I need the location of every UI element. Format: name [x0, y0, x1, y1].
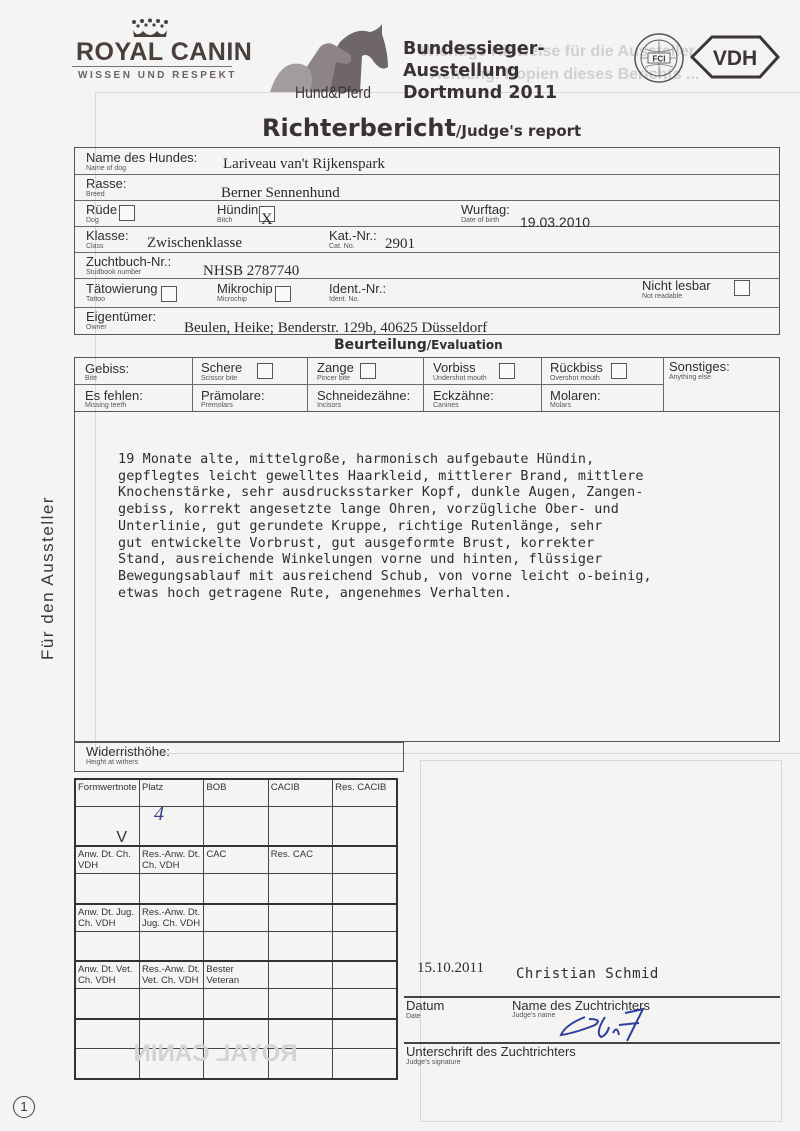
breed-label: Rasse: [86, 177, 126, 191]
other-label-en: Anything else [669, 374, 711, 381]
height-label-en: Height at withers [86, 759, 138, 766]
evaluation-title: Beurteilung/Evaluation [334, 337, 503, 353]
results-row: V4 [75, 806, 397, 846]
results-cell[interactable] [139, 989, 203, 1019]
results-row [75, 931, 397, 961]
results-cell: BOB [204, 779, 268, 806]
ident-no-label: Ident.-Nr.: [329, 282, 386, 296]
sponsor-divider [72, 66, 232, 67]
results-cell[interactable] [204, 806, 268, 846]
results-cell[interactable] [333, 874, 397, 904]
results-cell[interactable] [75, 874, 139, 904]
fci-logo-icon: FCI [633, 32, 685, 84]
results-cell: Formwertnote [75, 779, 139, 806]
date-label-en: Date [406, 1013, 421, 1020]
birth-date-label: Wurftag: [461, 203, 510, 217]
row-divider [75, 200, 779, 201]
results-cell: Platz [139, 779, 203, 806]
judge-signature-icon[interactable] [555, 1005, 665, 1045]
birth-date-value[interactable]: 19.03.2010 [520, 214, 590, 230]
premolars-label-en: Premolars [201, 402, 233, 409]
results-cell: Res. CACIB [333, 779, 397, 806]
owner-label: Eigentümer: [86, 310, 156, 324]
class-label-en: Class [86, 243, 104, 250]
results-cell: Res. CAC [268, 846, 332, 874]
tattoo-label-en: Tattoo [86, 296, 105, 303]
female-label-en: Bitch [217, 217, 233, 224]
row-divider [75, 252, 779, 253]
results-cell [333, 961, 397, 989]
sponsor-logo: ROYAL CANIN [76, 38, 252, 67]
results-cell[interactable] [75, 931, 139, 961]
missing-teeth-label-en: Missing teeth [85, 402, 126, 409]
results-row: Anw. Dt. Vet. Ch. VDHRes.-Anw. Dt. Vet. … [75, 961, 397, 989]
pincer-label-en: Pincer bite [317, 375, 350, 382]
results-row: FormwertnotePlatzBOBCACIBRes. CACIB [75, 779, 397, 806]
results-cell: Anw. Dt. Jug. Ch. VDH [75, 904, 139, 932]
undershot-label-en: Undershot mouth [433, 375, 487, 382]
owner-label-en: Owner [86, 324, 107, 331]
class-value[interactable]: Zwischenklasse [147, 235, 242, 252]
premolars-label: Prämolare: [201, 389, 265, 403]
results-row: Anw. Dt. Ch. VDHRes.-Anw. Dt. Ch. VDHCAC… [75, 846, 397, 874]
scissor-label-en: Scissor bite [201, 375, 237, 382]
catalog-no-value[interactable]: 2901 [385, 236, 415, 253]
page-number: 1 [13, 1096, 35, 1118]
pincer-label: Zange [317, 361, 354, 375]
catalog-no-label: Kat.-Nr.: [329, 229, 377, 243]
results-cell[interactable] [268, 806, 332, 846]
evaluation-text-line: etwas hoch getragene Rute, angenehmes Ve… [118, 586, 778, 603]
not-readable-label: Nicht lesbar [642, 279, 711, 293]
col-divider [307, 358, 308, 411]
results-cell[interactable] [333, 1019, 397, 1049]
results-cell: CAC [204, 846, 268, 874]
evaluation-text-line: 19 Monate alte, mittelgroße, harmonisch … [118, 452, 778, 469]
svg-text:VDH: VDH [713, 47, 757, 70]
male-checkbox[interactable] [119, 205, 135, 221]
crown-icon [125, 18, 175, 40]
signature-label: Unterschrift des Zuchtrichters [406, 1045, 576, 1059]
other-label: Sonstiges: [669, 360, 730, 374]
owner-value[interactable]: Beulen, Heike; Benderstr. 129b, 40625 Dü… [184, 320, 487, 337]
judge-name-value[interactable]: Christian Schmid [516, 966, 659, 982]
row-divider [75, 307, 779, 308]
results-row: Anw. Dt. Jug. Ch. VDHRes.-Anw. Dt. Jug. … [75, 904, 397, 932]
undershot-checkbox[interactable] [499, 363, 515, 379]
evaluation-text-line: gepflegtes leicht gewelltes Haarkleid, m… [118, 469, 778, 486]
height-at-withers-field[interactable]: Widerristhöhe: Height at withers [74, 742, 404, 772]
results-cell: Res.-Anw. Dt. Vet. Ch. VDH [139, 961, 203, 989]
results-row [75, 989, 397, 1019]
row-divider [75, 174, 779, 175]
bite-label-en: Bite [85, 375, 97, 382]
microchip-checkbox[interactable] [275, 286, 291, 302]
canines-label-en: Canines [433, 402, 459, 409]
female-label: Hündin [217, 203, 258, 217]
catalog-no-label-en: Cat. No. [329, 243, 355, 250]
exhibitor-copy-label: Für den Aussteller [38, 496, 58, 660]
results-cell[interactable]: V [75, 806, 139, 846]
not-readable-label-en: Not readable [642, 293, 682, 300]
evaluation-text-line: Stand, ausreichende Winkelungen vorne un… [118, 552, 778, 569]
results-cell [268, 904, 332, 932]
col-divider [192, 358, 193, 411]
results-row [75, 874, 397, 904]
breed-label-en: Breed [86, 191, 105, 198]
judging-date-value[interactable]: 15.10.2011 [417, 960, 484, 977]
male-label-en: Dog [86, 217, 99, 224]
breed-value[interactable]: Berner Sennenhund [221, 185, 340, 202]
signature-label-en: Judge's signature [406, 1059, 461, 1066]
results-cell[interactable] [333, 931, 397, 961]
results-cell[interactable] [204, 874, 268, 904]
results-cell: CACIB [268, 779, 332, 806]
results-cell [204, 904, 268, 932]
dog-name-label: Name des Hundes: [86, 151, 197, 165]
dog-horse-icon [270, 22, 390, 92]
row-divider [75, 384, 663, 385]
dog-info-section: Name des Hundes: Name of dog Lariveau va… [74, 147, 780, 335]
evaluation-text-line: gebiss, korrekt angesetzte lange Ohren, … [118, 502, 778, 519]
dog-name-label-en: Name of dog [86, 165, 126, 172]
missing-teeth-label: Es fehlen: [85, 389, 143, 403]
results-cell[interactable] [333, 806, 397, 846]
results-cell[interactable] [268, 989, 332, 1019]
tattoo-label: Tätowierung [86, 282, 158, 296]
results-cell[interactable] [333, 989, 397, 1019]
results-table: FormwertnotePlatzBOBCACIBRes. CACIBV4Anw… [74, 778, 398, 1080]
results-cell [333, 846, 397, 874]
ident-no-label-en: Ident. No. [329, 296, 359, 303]
studbook-label-en: Studbook number [86, 269, 141, 276]
microchip-label-en: Microchip [217, 296, 247, 303]
dog-name-value[interactable]: Lariveau van't Rijkenspark [223, 156, 385, 173]
molars-label-en: Molars [550, 402, 571, 409]
col-divider [663, 358, 664, 411]
date-label: Datum [406, 999, 444, 1013]
evaluation-text-line: Unterlinie, gut gerundete Kruppe, richti… [118, 519, 778, 536]
vdh-logo-icon: VDH [690, 34, 780, 80]
studbook-label: Zuchtbuch-Nr.: [86, 255, 171, 269]
birth-date-label-en: Date of birth [461, 217, 499, 224]
col-divider [541, 358, 542, 411]
show-title: Bundessieger- Ausstellung Dortmund 2011 [403, 38, 557, 104]
results-cell [333, 904, 397, 932]
results-cell[interactable]: 4 [139, 806, 203, 846]
overshot-checkbox[interactable] [611, 363, 627, 379]
class-label: Klasse: [86, 229, 129, 243]
teeth-section: Gebiss: Bite Schere Scissor bite Zange P… [74, 357, 780, 412]
scissor-label: Schere [201, 361, 242, 375]
results-cell: Anw. Dt. Vet. Ch. VDH [75, 961, 139, 989]
overshot-label-en: Overshot mouth [550, 375, 600, 382]
sponsor-tagline: WISSEN UND RESPEKT [78, 70, 237, 81]
evaluation-text-line: gut entwickelte Vorbrust, gut ausgeformt… [118, 536, 778, 553]
female-checkbox-mark: X [261, 211, 273, 229]
evaluation-text-line: Bewegungsablauf mit ausreichend Schub, v… [118, 569, 778, 586]
judge-name-label-en: Judge's name [512, 1012, 555, 1019]
results-cell[interactable] [204, 931, 268, 961]
report-title: Richterbericht/Judge's report [262, 114, 581, 142]
not-readable-checkbox[interactable] [734, 280, 750, 296]
studbook-value[interactable]: NHSB 2787740 [203, 263, 299, 280]
svg-text:FCI: FCI [653, 55, 666, 64]
results-cell[interactable] [333, 1049, 397, 1079]
background-bleed-box [420, 760, 782, 1122]
tattoo-checkbox[interactable] [161, 286, 177, 302]
results-cell[interactable] [139, 931, 203, 961]
evaluation-text-line: Knochenstärke, sehr ausdrucksstarker Kop… [118, 485, 778, 502]
undershot-label: Vorbiss [433, 361, 476, 375]
bite-label: Gebiss: [85, 362, 129, 376]
overshot-label: Rückbiss [550, 361, 603, 375]
col-divider [423, 358, 424, 411]
canines-label: Eckzähne: [433, 389, 494, 403]
molars-label: Molaren: [550, 389, 601, 403]
results-cell [268, 961, 332, 989]
scissor-checkbox[interactable] [257, 363, 273, 379]
magazine-logo: Hund&Pferd [295, 83, 371, 103]
height-label: Widerristhöhe: [86, 745, 170, 759]
results-cell: Anw. Dt. Ch. VDH [75, 846, 139, 874]
results-cell[interactable] [268, 874, 332, 904]
results-cell: Res.-Anw. Dt. Ch. VDH [139, 846, 203, 874]
evaluation-text[interactable]: 19 Monate alte, mittelgroße, harmonisch … [118, 452, 778, 602]
microchip-label: Mikrochip [217, 282, 273, 296]
results-cell[interactable] [204, 989, 268, 1019]
incisors-label: Schneidezähne: [317, 389, 410, 403]
pincer-checkbox[interactable] [360, 363, 376, 379]
results-cell[interactable] [139, 874, 203, 904]
row-divider [75, 226, 779, 227]
incisors-label-en: Incisors [317, 402, 341, 409]
background-sponsor-logo: ROYAL CANIN [128, 1040, 303, 1068]
results-cell[interactable] [268, 931, 332, 961]
male-label: Rüde [86, 203, 117, 217]
results-cell: Bester Veteran [204, 961, 268, 989]
results-cell: Res.-Anw. Dt. Jug. Ch. VDH [139, 904, 203, 932]
results-cell[interactable] [75, 989, 139, 1019]
